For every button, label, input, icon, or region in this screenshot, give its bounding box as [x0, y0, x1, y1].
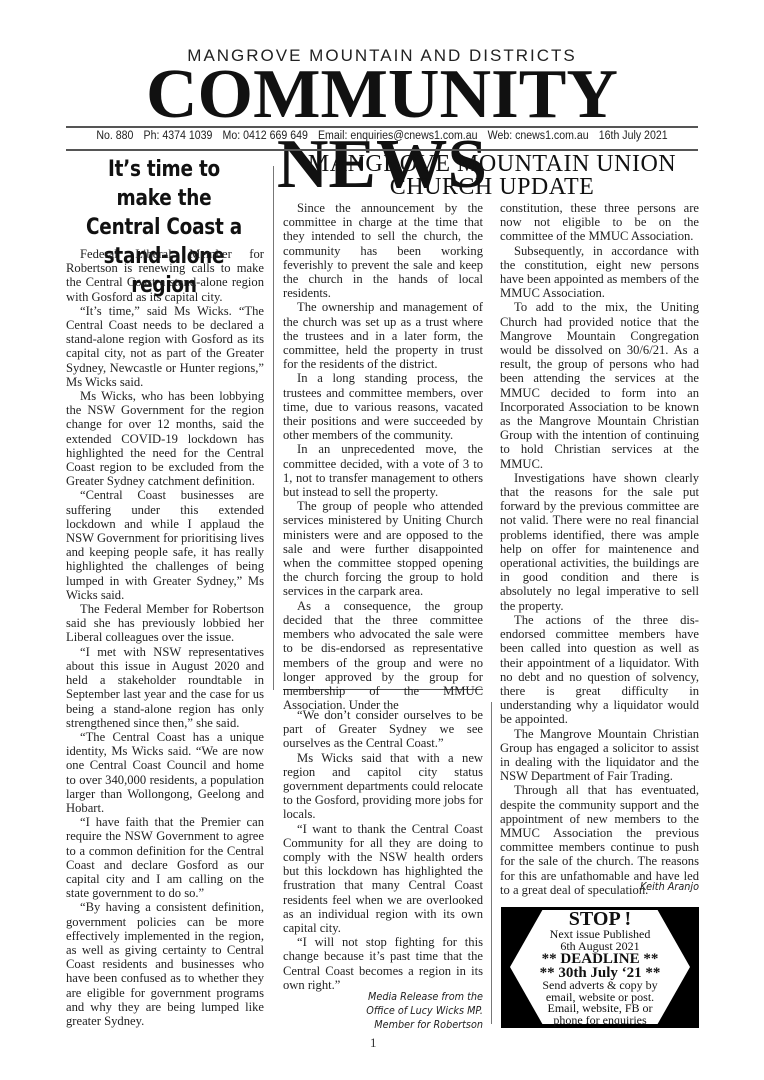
church-article-column-2: constitution, these three persons are no…	[500, 201, 699, 897]
column-divider-left	[273, 166, 274, 690]
headline-line: MANGROVE MOUNTAIN UNION	[282, 153, 702, 176]
paragraph: “The Central Coast has a unique identity…	[66, 730, 264, 815]
paragraph: Ms Wicks, who has been lobbying the NSW …	[66, 389, 264, 488]
deadline-notice-text: STOP ! Next issue Published 6th August 2…	[501, 910, 699, 1026]
paragraph: The Mangrove Mountain Christian Group ha…	[500, 727, 699, 784]
mobile-number: Mo: 0412 669 649	[223, 130, 308, 142]
byline-line: Media Release from the	[299, 990, 483, 1004]
paragraph: “It’s time,” said Ms Wicks. “The Central…	[66, 304, 264, 389]
issue-date: 16th July 2021	[599, 130, 668, 142]
paragraph: Subsequently, in accordance with the con…	[500, 244, 699, 301]
website: Web: cnews1.com.au	[488, 130, 589, 142]
paragraph: “I have faith that the Premier can requi…	[66, 815, 264, 900]
enquiry-info: phone for enquiries	[501, 1015, 699, 1027]
phone-number: Ph: 4374 1039	[144, 130, 213, 142]
paragraph: Investigations have shown clearly that t…	[500, 471, 699, 613]
paragraph: “We don’t consider ourselves to be part …	[283, 708, 483, 751]
paragraph: “I met with NSW representatives about th…	[66, 645, 264, 730]
paragraph: To add to the mix, the Uniting Church ha…	[500, 300, 699, 470]
paragraph: “Central Coast businesses are suffering …	[66, 488, 264, 602]
email-address: Email: enquiries@cnews1.com.au	[318, 130, 478, 142]
paragraph: The Federal Member for Robertson said sh…	[66, 602, 264, 645]
deadline-notice-box: STOP ! Next issue Published 6th August 2…	[501, 907, 699, 1028]
column-divider-right	[491, 702, 492, 1024]
byline-line: Office of Lucy Wicks MP.	[299, 1004, 483, 1018]
paragraph: “I will not stop fighting for this chang…	[283, 935, 483, 992]
church-article-column-1: Since the announcement by the committee …	[283, 201, 483, 712]
wicks-article-byline: Media Release from the Office of Lucy Wi…	[299, 990, 483, 1032]
paragraph: Federal Liberal Member for Robertson is …	[66, 247, 264, 304]
paragraph: The actions of the three dis-endorsed co…	[500, 613, 699, 727]
masthead-top-rule	[66, 126, 698, 128]
paragraph: “By having a consistent definition, gove…	[66, 900, 264, 1028]
deadline-label: ** DEADLINE **	[501, 952, 699, 966]
paragraph: Since the announcement by the committee …	[283, 201, 483, 300]
headline-church-article: MANGROVE MOUNTAIN UNION CHURCH UPDATE	[282, 153, 702, 199]
headline-line: CHURCH UPDATE	[282, 176, 702, 199]
wicks-article-column-1: Federal Liberal Member for Robertson is …	[66, 247, 264, 1028]
paragraph: In an unprecedented move, the committee …	[283, 442, 483, 499]
wicks-article-column-2: “We don’t consider ourselves to be part …	[283, 708, 483, 992]
page-number: 1	[370, 1035, 377, 1051]
byline-line: Member for Robertson	[299, 1018, 483, 1032]
paragraph: “I want to thank the Central Coast Commu…	[283, 822, 483, 936]
paragraph: As a consequence, the group decided that…	[283, 599, 483, 713]
paragraph: Ms Wicks said that with a new region and…	[283, 751, 483, 822]
paragraph: In a long standing process, the trustees…	[283, 371, 483, 442]
paragraph: The ownership and management of the chur…	[283, 300, 483, 371]
masthead-info-bar: No. 880 Ph: 4374 1039 Mo: 0412 669 649 E…	[91, 130, 672, 142]
paragraph: constitution, these three persons are no…	[500, 201, 699, 244]
church-article-byline: Keith Aranjo	[516, 880, 699, 894]
paragraph: The group of people who attended service…	[283, 499, 483, 598]
issue-number: No. 880	[96, 130, 133, 142]
